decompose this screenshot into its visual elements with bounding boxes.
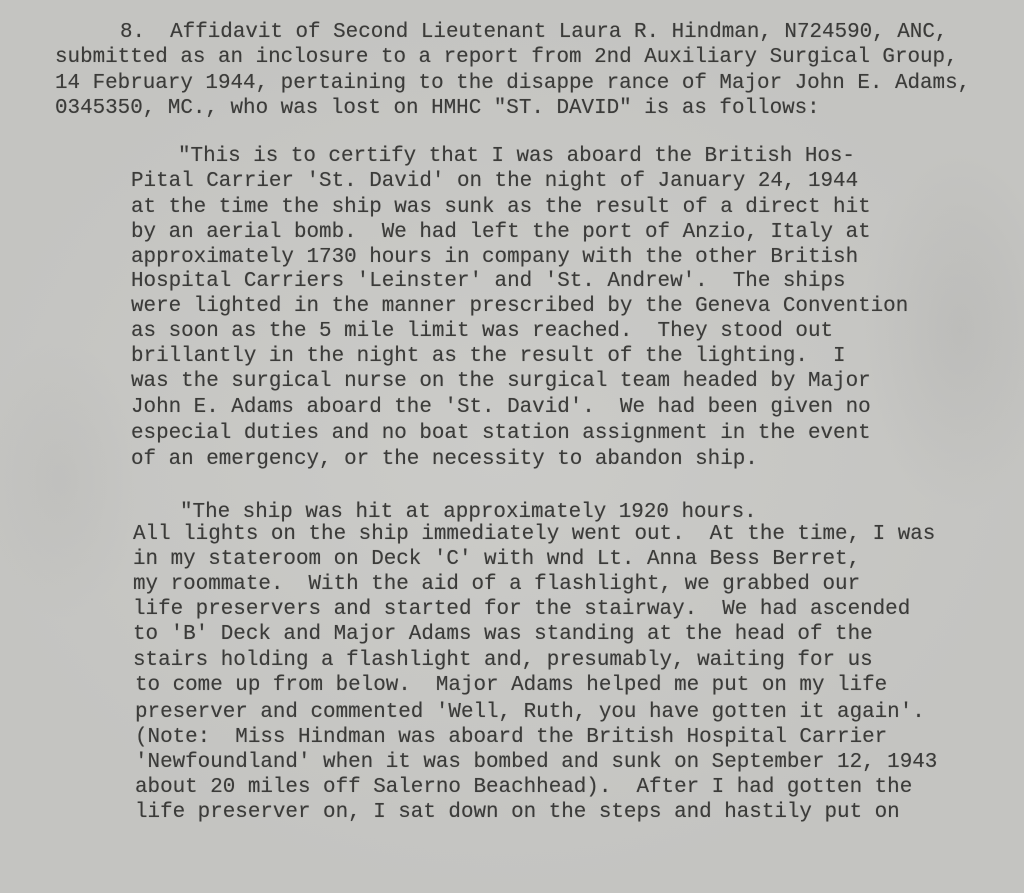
text-line: as soon as the 5 mile limit was reached.… <box>131 320 833 344</box>
text-line: John E. Adams aboard the 'St. David'. We… <box>131 396 871 420</box>
text-line: (Note: Miss Hindman was aboard the Briti… <box>135 726 887 750</box>
text-line: about 20 miles off Salerno Beachhead). A… <box>135 776 912 800</box>
text-line: by an aerial bomb. We had left the port … <box>131 221 871 245</box>
text-line: my roommate. With the aid of a flashligh… <box>133 573 860 597</box>
text-line: to 'B' Deck and Major Adams was standing… <box>133 623 873 647</box>
text-line: Pital Carrier 'St. David' on the night o… <box>131 170 858 194</box>
text-line: All lights on the ship immediately went … <box>133 523 935 547</box>
text-line: at the time the ship was sunk as the res… <box>131 196 871 220</box>
text-line: was the surgical nurse on the surgical t… <box>131 370 871 394</box>
text-line: 'Newfoundland' when it was bombed and su… <box>135 751 937 775</box>
text-line: submitted as an inclosure to a report fr… <box>55 46 958 70</box>
text-line: in my stateroom on Deck 'C' with wnd Lt.… <box>133 548 860 572</box>
text-line: Hospital Carriers 'Leinster' and 'St. An… <box>131 270 846 294</box>
text-line: preserver and commented 'Well, Ruth, you… <box>135 701 925 725</box>
text-line: 8. Affidavit of Second Lieutenant Laura … <box>120 21 947 45</box>
text-line: life preservers and started for the stai… <box>133 598 910 622</box>
text-line: "The ship was hit at approximately 1920 … <box>180 501 757 525</box>
text-line: approximately 1730 hours in company with… <box>131 246 858 270</box>
text-line: of an emergency, or the necessity to aba… <box>131 448 758 472</box>
text-line: "This is to certify that I was aboard th… <box>178 145 855 169</box>
text-line: stairs holding a flashlight and, presuma… <box>133 649 873 673</box>
text-line: were lighted in the manner prescribed by… <box>131 295 908 319</box>
text-line: brillantly in the night as the result of… <box>131 345 846 369</box>
text-line: life preserver on, I sat down on the ste… <box>135 801 900 825</box>
text-line: especial duties and no boat station assi… <box>131 422 871 446</box>
text-line: 0345350, MC., who was lost on HMHC "ST. … <box>55 97 820 121</box>
text-line: to come up from below. Major Adams helpe… <box>135 674 887 698</box>
text-line: 14 February 1944, pertaining to the disa… <box>55 72 970 96</box>
